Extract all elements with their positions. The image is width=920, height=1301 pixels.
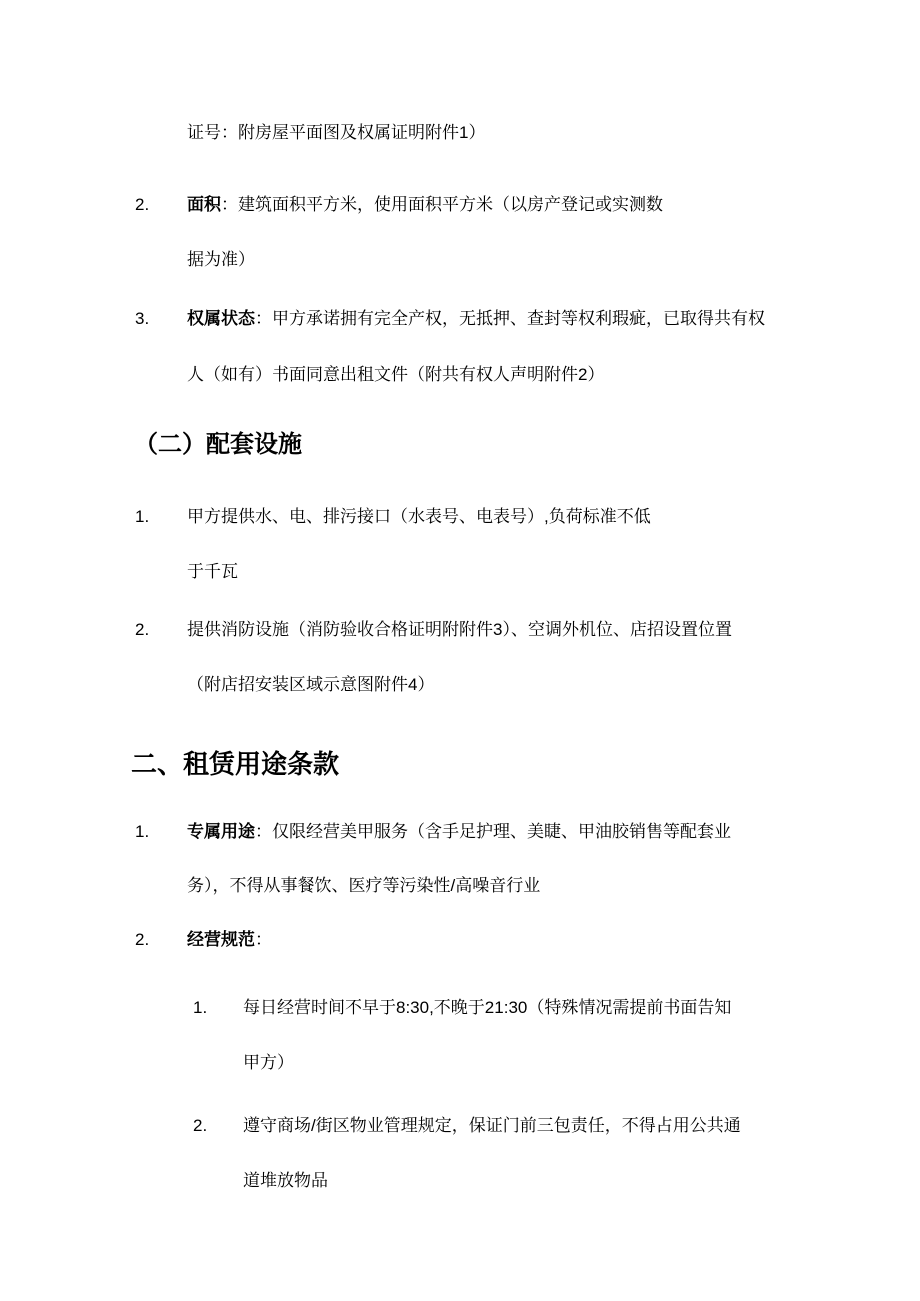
- item-body: ：甲方承诺拥有完全产权，无抵押、查封等权利瑕疵，已取得共有权: [255, 309, 765, 328]
- list-item-text: 每日经营时间不早于8:30,不晚于21:30（特殊情况需提前书面告知: [243, 996, 731, 1019]
- section-heading-usage: 二、租赁用途条款: [131, 748, 339, 780]
- list-item-number: 2.: [193, 1114, 207, 1137]
- item-label: 专属用途: [187, 822, 255, 841]
- clause-text: 据为准）: [187, 248, 255, 271]
- list-item-text: 专属用途：仅限经营美甲服务（含手足护理、美睫、甲油胶销售等配套业: [187, 820, 731, 843]
- list-item-number: 2.: [135, 928, 149, 951]
- item-body: ：仅限经营美甲服务（含手足护理、美睫、甲油胶销售等配套业: [255, 822, 731, 841]
- item-body: ：: [255, 930, 272, 949]
- list-item-text: 甲方提供水、电、排污接口（水表号、电表号）,负荷标准不低: [187, 505, 651, 528]
- item-label: 经营规范: [187, 930, 255, 949]
- list-item-text: 面积：建筑面积平方米，使用面积平方米（以房产登记或实测数: [187, 193, 663, 216]
- list-item-number: 1.: [135, 505, 149, 528]
- list-item-text: 提供消防设施（消防验收合格证明附附件3）、空调外机位、店招设置位置: [187, 618, 732, 641]
- list-item-text: 遵守商场/街区物业管理规定，保证门前三包责任，不得占用公共通: [243, 1114, 741, 1137]
- clause-text: 务），不得从事餐饮、医疗等污染性/高噪音行业: [187, 874, 540, 897]
- list-item-number: 2.: [135, 618, 149, 641]
- list-item-text: 权属状态：甲方承诺拥有完全产权，无抵押、查封等权利瑕疵，已取得共有权: [187, 307, 765, 330]
- section-heading-facilities: （二）配套设施: [134, 430, 302, 460]
- document-page: 证号：附房屋平面图及权属证明附件1） 2. 面积：建筑面积平方米，使用面积平方米…: [0, 0, 920, 1301]
- list-item-number: 3.: [135, 307, 149, 330]
- item-label: 权属状态: [187, 309, 255, 328]
- item-body: ：建筑面积平方米，使用面积平方米（以房产登记或实测数: [221, 195, 663, 214]
- list-item-text: 经营规范：: [187, 928, 272, 951]
- item-label: 面积: [187, 195, 221, 214]
- list-item-number: 2.: [135, 193, 149, 216]
- list-item-number: 1.: [135, 820, 149, 843]
- clause-text: （附店招安装区域示意图附件4）: [187, 673, 434, 696]
- clause-text: 甲方）: [243, 1051, 294, 1074]
- clause-text: 于千瓦: [187, 560, 238, 583]
- clause-text: 人（如有）书面同意出租文件（附共有权人声明附件2）: [187, 363, 604, 386]
- clause-text: 道堆放物品: [243, 1169, 328, 1192]
- clause-text: 证号：附房屋平面图及权属证明附件1）: [187, 121, 485, 144]
- list-item-number: 1.: [193, 996, 207, 1019]
